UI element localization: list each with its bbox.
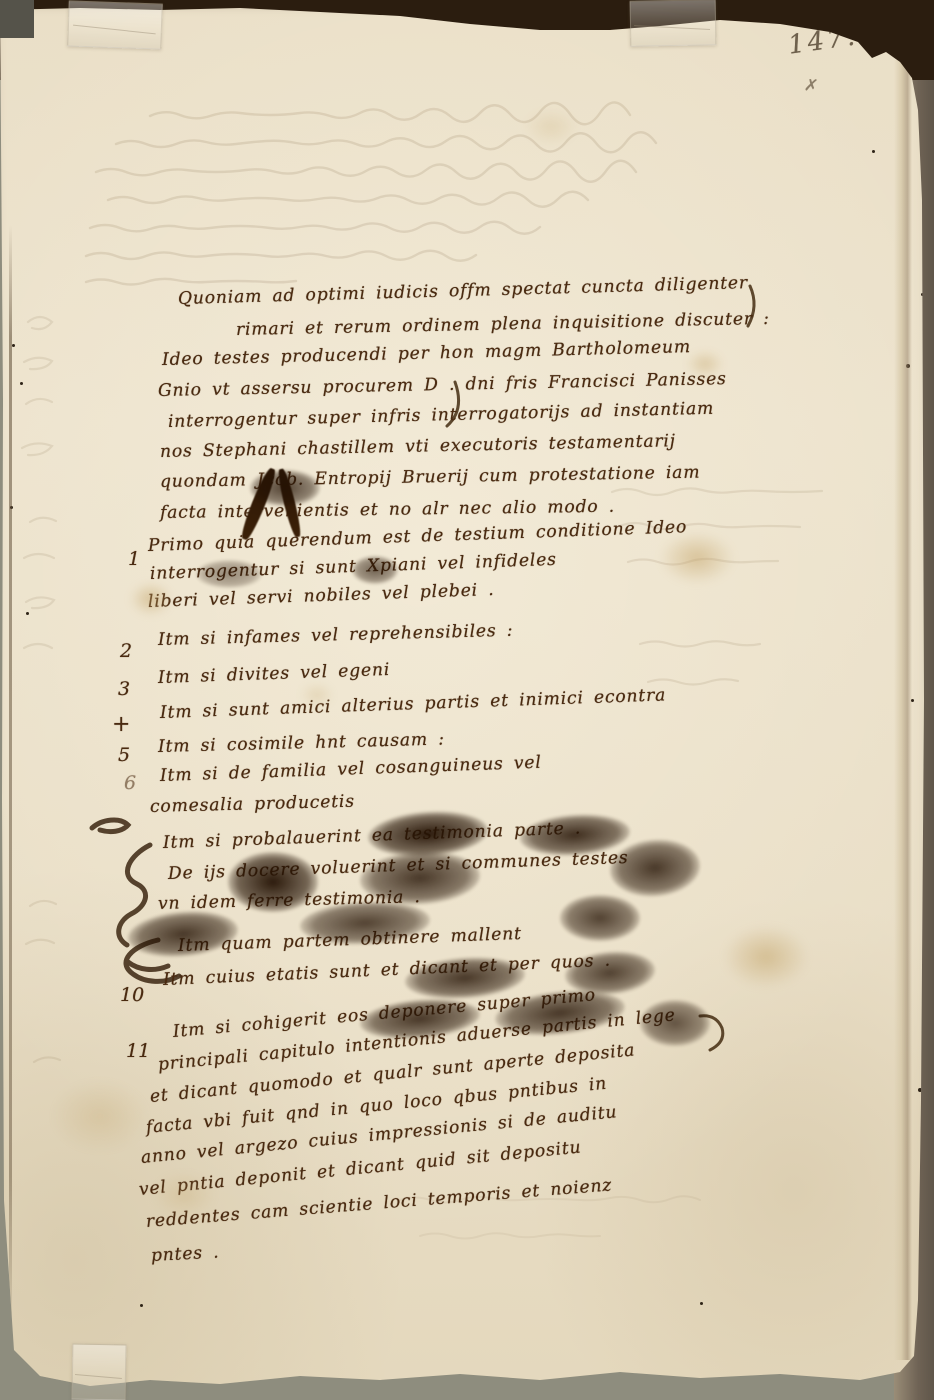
- paper-speck: [12, 344, 15, 347]
- paper-stain: [52, 1080, 148, 1152]
- ink-blot: [352, 556, 398, 584]
- manuscript-line: Gnio vt assersu procurem D . dni fris Fr…: [158, 369, 727, 401]
- manuscript-line: liberi vel servi nobiles vel plebei .: [148, 580, 495, 612]
- binding-gutter-line: [9, 225, 12, 1345]
- paper-speck: [700, 1302, 703, 1305]
- manuscript-line: facta intervenientis et no alr nec alio …: [160, 497, 615, 523]
- manuscript-line: rimari et rerum ordinem plena inquisitio…: [236, 309, 770, 340]
- manuscript-line: Itm si de familia vel cosanguineus vel: [160, 753, 542, 786]
- manuscript-line: pntes .: [150, 1242, 219, 1266]
- page-edge-seam: [894, 60, 912, 1360]
- manuscript-line: quondam Jcob. Entropij Bruerij cum prote…: [160, 463, 701, 492]
- ink-blot: [250, 470, 320, 506]
- tape-strip: [72, 1344, 127, 1400]
- manuscript-line: Itm si sunt amici alterius partis et ini…: [160, 685, 667, 723]
- manuscript-line: interrogentur super infris interrogatori…: [168, 399, 715, 432]
- tape-strip: [67, 0, 163, 49]
- paper-stain: [524, 108, 578, 146]
- ink-blot: [608, 836, 703, 900]
- paper-speck: [26, 612, 29, 615]
- paper-stain: [152, 1172, 216, 1218]
- manuscript-line: comesalia producetis: [150, 792, 355, 817]
- manuscript-line: nos Stephani chastillem vti executoris t…: [160, 431, 676, 462]
- margin-number: 3: [118, 678, 130, 700]
- margin-number: 5: [118, 744, 130, 766]
- manuscript-line: Ideo testes producendi per hon magm Bart…: [162, 337, 691, 370]
- manuscript-line: Itm si divites vel egeni: [158, 660, 391, 688]
- paper-speck: [20, 382, 23, 385]
- paper-stain: [660, 532, 734, 584]
- margin-number: +: [112, 712, 130, 737]
- manuscript-page: 147. ✗ Quoniam ad optimi iudicis offm sp…: [0, 0, 934, 1400]
- margin-number: 10: [120, 984, 144, 1006]
- manuscript-line: Itm cuius etatis sunt et dicant et per q…: [163, 950, 612, 990]
- manuscript-line: Itm si cosimile hnt causam :: [158, 729, 445, 757]
- paper-speck: [872, 150, 875, 153]
- margin-number: 6: [124, 772, 136, 794]
- margin-number: 2: [120, 640, 132, 662]
- margin-number: 11: [126, 1040, 150, 1062]
- manuscript-line: Itm si infames vel reprehensibiles :: [158, 621, 514, 650]
- paper-stain: [686, 350, 724, 378]
- manuscript-line: Primo quia querendum est de testium cond…: [148, 517, 688, 556]
- paper-stain: [724, 926, 808, 988]
- ink-blot: [196, 560, 262, 588]
- paper-stain: [300, 682, 334, 708]
- margin-number: 1: [128, 548, 140, 570]
- manuscript-line: Quoniam ad optimi iudicis offm spectat c…: [178, 273, 748, 309]
- paper-speck: [140, 1304, 143, 1307]
- backdrop-corner: [0, 0, 34, 38]
- corner-check-mark: ✗: [803, 75, 820, 97]
- paper-stain: [130, 582, 172, 616]
- tape-strip: [630, 0, 717, 47]
- ink-blot: [228, 852, 318, 912]
- ink-blot: [560, 895, 640, 941]
- manuscript-scan: 147. ✗ Quoniam ad optimi iudicis offm sp…: [0, 0, 934, 1400]
- ink-blot: [640, 1000, 710, 1046]
